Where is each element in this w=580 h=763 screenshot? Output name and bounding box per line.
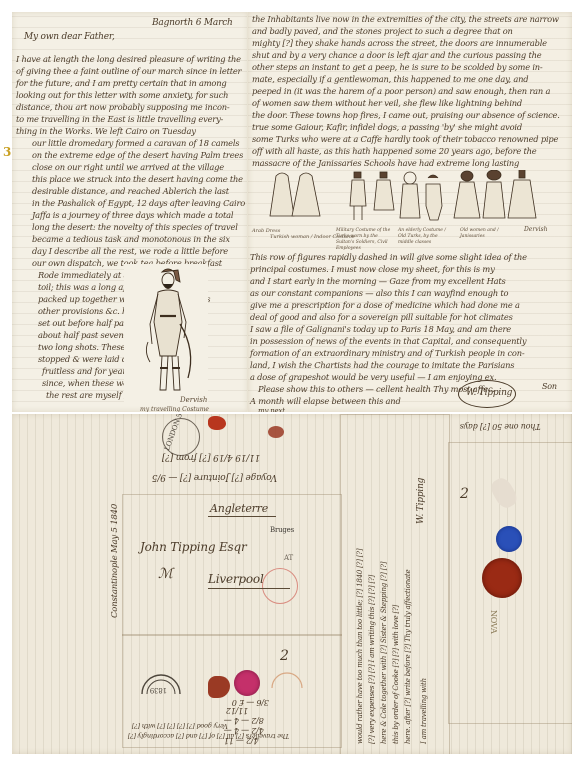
large-numeral: 2 — [280, 648, 289, 664]
letter-page-right: the Inhabitants live now in the extremit… — [248, 12, 572, 412]
faint-stamp: NOVA — [489, 610, 498, 634]
vertical-text-line: would rather have too much than too litt… — [356, 549, 364, 744]
at-stamp: AT — [284, 554, 293, 562]
red-wax-fragment — [268, 426, 284, 438]
address-city: Liverpool — [208, 572, 264, 586]
red-wax-seal — [482, 558, 522, 598]
account-line: 8/2 — 4 — — [224, 716, 264, 725]
text-line: to me travelling in the East is little t… — [16, 114, 223, 126]
signature: W. Tipping — [466, 388, 512, 398]
address-name: John Tipping Esqr — [140, 540, 247, 554]
text-line: day I describe all the rest, we rode a l… — [32, 246, 228, 258]
travelling-costume-figure-sketch — [128, 264, 208, 400]
text-line: some Turks who were at a Caffe hardly to… — [252, 134, 558, 146]
numeral-mark: 2 — [460, 486, 469, 502]
text-line: a dose of grapeshot would be very useful… — [250, 372, 496, 384]
vertical-text-line: here & Cole together with [?] Sister & S… — [380, 562, 388, 744]
routing-line: Voyage [?] Jointure [?] — 9/5 — [152, 472, 277, 482]
bruges-stamp: Bruges — [270, 526, 294, 534]
dateline: Bagnorth 6 March — [152, 18, 233, 28]
text-line: of giving thee a faint outline of our ma… — [16, 66, 241, 78]
costume-sketches-row — [262, 170, 562, 226]
faint-arc-stamp — [270, 666, 304, 690]
closing: Son — [542, 382, 557, 391]
text-line: and I start early in the morning — Gaze … — [250, 276, 506, 288]
text-line: of women saw them without her veil, she … — [252, 98, 522, 110]
text-line: massacre of the Janissaries Schools have… — [252, 158, 519, 170]
underline — [208, 588, 290, 589]
account-line: 11/12 — [226, 706, 248, 715]
text-line: close on our right until we arrived at t… — [32, 162, 224, 174]
pink-wax-seal — [234, 670, 260, 696]
text-line: the rest are myself [?] — [46, 390, 134, 402]
left-fold-panel — [12, 414, 112, 754]
text-line: in the Pashalick of Egypt, 12 days after… — [32, 198, 245, 210]
postage-scrawl: ℳ — [158, 566, 173, 582]
letter-cover: Thou one 50 [?] days LONDON 5 11/19 4/19… — [12, 414, 572, 754]
text-line: give me a prescription for a dose of med… — [250, 300, 520, 312]
text-line: became a tedious task and monotonous in … — [32, 234, 230, 246]
vertical-text-line: this by order of Cooke [?] [?] with love… — [392, 605, 400, 744]
sketch-caption: An elderly Costume / Old Turks, by the m… — [398, 228, 452, 246]
margin-marker: 3 — [3, 145, 11, 159]
text-line: land, I wish the Chartists had the coura… — [250, 360, 514, 372]
text-line: formation of an extraordinary ministry a… — [250, 348, 524, 360]
text-line: on the extreme edge of the desert having… — [32, 150, 243, 162]
text-line: desirable distance, and reached Ablerich… — [32, 186, 229, 198]
figure-caption-dervish: Dervish — [180, 396, 207, 404]
arc-postmark-year: 1839 — [150, 686, 167, 694]
text-line: This row of figures rapidly dashed in wi… — [250, 252, 527, 264]
text-line: distance, thou art now probably supposin… — [16, 102, 230, 114]
text-line: off with all haste, as this hath happene… — [252, 146, 536, 158]
address-country: Angleterre — [210, 502, 268, 515]
text-line: I have at length the long desired pleasu… — [16, 54, 241, 66]
text-line: as our constant companions — also this I… — [250, 288, 508, 300]
text-line: and badly paved, and the stones project … — [252, 26, 513, 38]
text-line: Jaffa is a journey of three days which m… — [32, 210, 233, 222]
salutation: My own dear Father, — [24, 32, 115, 42]
sketch-caption: Military Costume of the Turks worn by th… — [336, 228, 392, 252]
red-wax-fragment — [208, 416, 226, 430]
account-line: 3/6 — £ 0 — [232, 698, 269, 707]
text-line: our little dromedary formed a caravan of… — [32, 138, 239, 150]
vertical-text-line: [?] very expenses [?] [?] I am writing t… — [368, 575, 376, 744]
text-line: long the desert: the novelty of this spe… — [32, 222, 238, 234]
text-line: shut and by a very chance a door is left… — [252, 50, 541, 62]
sketch-caption: Old women and / Janissaries — [460, 228, 510, 240]
red-circle-postmark — [262, 568, 298, 604]
text-line: other steps an instant to get a peep, he… — [252, 62, 543, 74]
text-line: this place we struck into the desert hav… — [32, 174, 243, 186]
upside-down-text: Very good [?] [?] [?] [?] with [?] — [132, 722, 228, 730]
text-line: mate, especially if a gentlewoman, this … — [252, 74, 528, 86]
text-line: my next — [258, 406, 285, 412]
vertical-signature: W. Tipping — [416, 478, 426, 524]
upside-down-text: The travellers [?] all [?] of [?] and [?… — [128, 732, 289, 740]
text-line: the Inhabitants live now in the extremit… — [252, 14, 559, 26]
sketch-caption: Dervish — [524, 226, 547, 233]
vertical-text-line: here. after [?] write before [?] Thy tru… — [404, 570, 412, 744]
text-line: deal of good and also for a sovereign pi… — [250, 312, 513, 324]
vertical-text-line: I am travelling with — [420, 678, 428, 744]
text-line: thing in the Works. We left Cairo on Tue… — [16, 126, 196, 138]
text-line: peeped in (it was the harem of a poor pe… — [252, 86, 550, 98]
routing-line: 11/19 4/19 [?] from [?] — [162, 452, 260, 462]
text-line: mighty [?] they shake hands across the s… — [252, 38, 547, 50]
text-line: for the future, and I am pretty certain … — [16, 78, 226, 90]
text-line: principal costumes. I must now close my … — [250, 264, 495, 276]
figure-caption-costume: my travelling Costume — [140, 406, 209, 412]
text-line: I saw a file of Galignani's today up to … — [250, 324, 511, 336]
top-right-note: Thou one 50 [?] days — [460, 422, 541, 431]
docket-vertical: Constantinople May 5 1840 — [110, 504, 120, 618]
text-line: in possession of news of the events in t… — [250, 336, 526, 348]
text-line: the door. These towns hop fires, I came … — [252, 110, 560, 122]
blue-wax-seal — [496, 526, 522, 552]
text-line: true some Gaiour, Kafir, infidel dogs, a… — [252, 122, 522, 134]
underline — [208, 516, 276, 517]
text-line: looking out for this letter with some an… — [16, 90, 228, 102]
letter-page-left: Bagnorth 6 March My own dear Father, I h… — [12, 12, 248, 412]
